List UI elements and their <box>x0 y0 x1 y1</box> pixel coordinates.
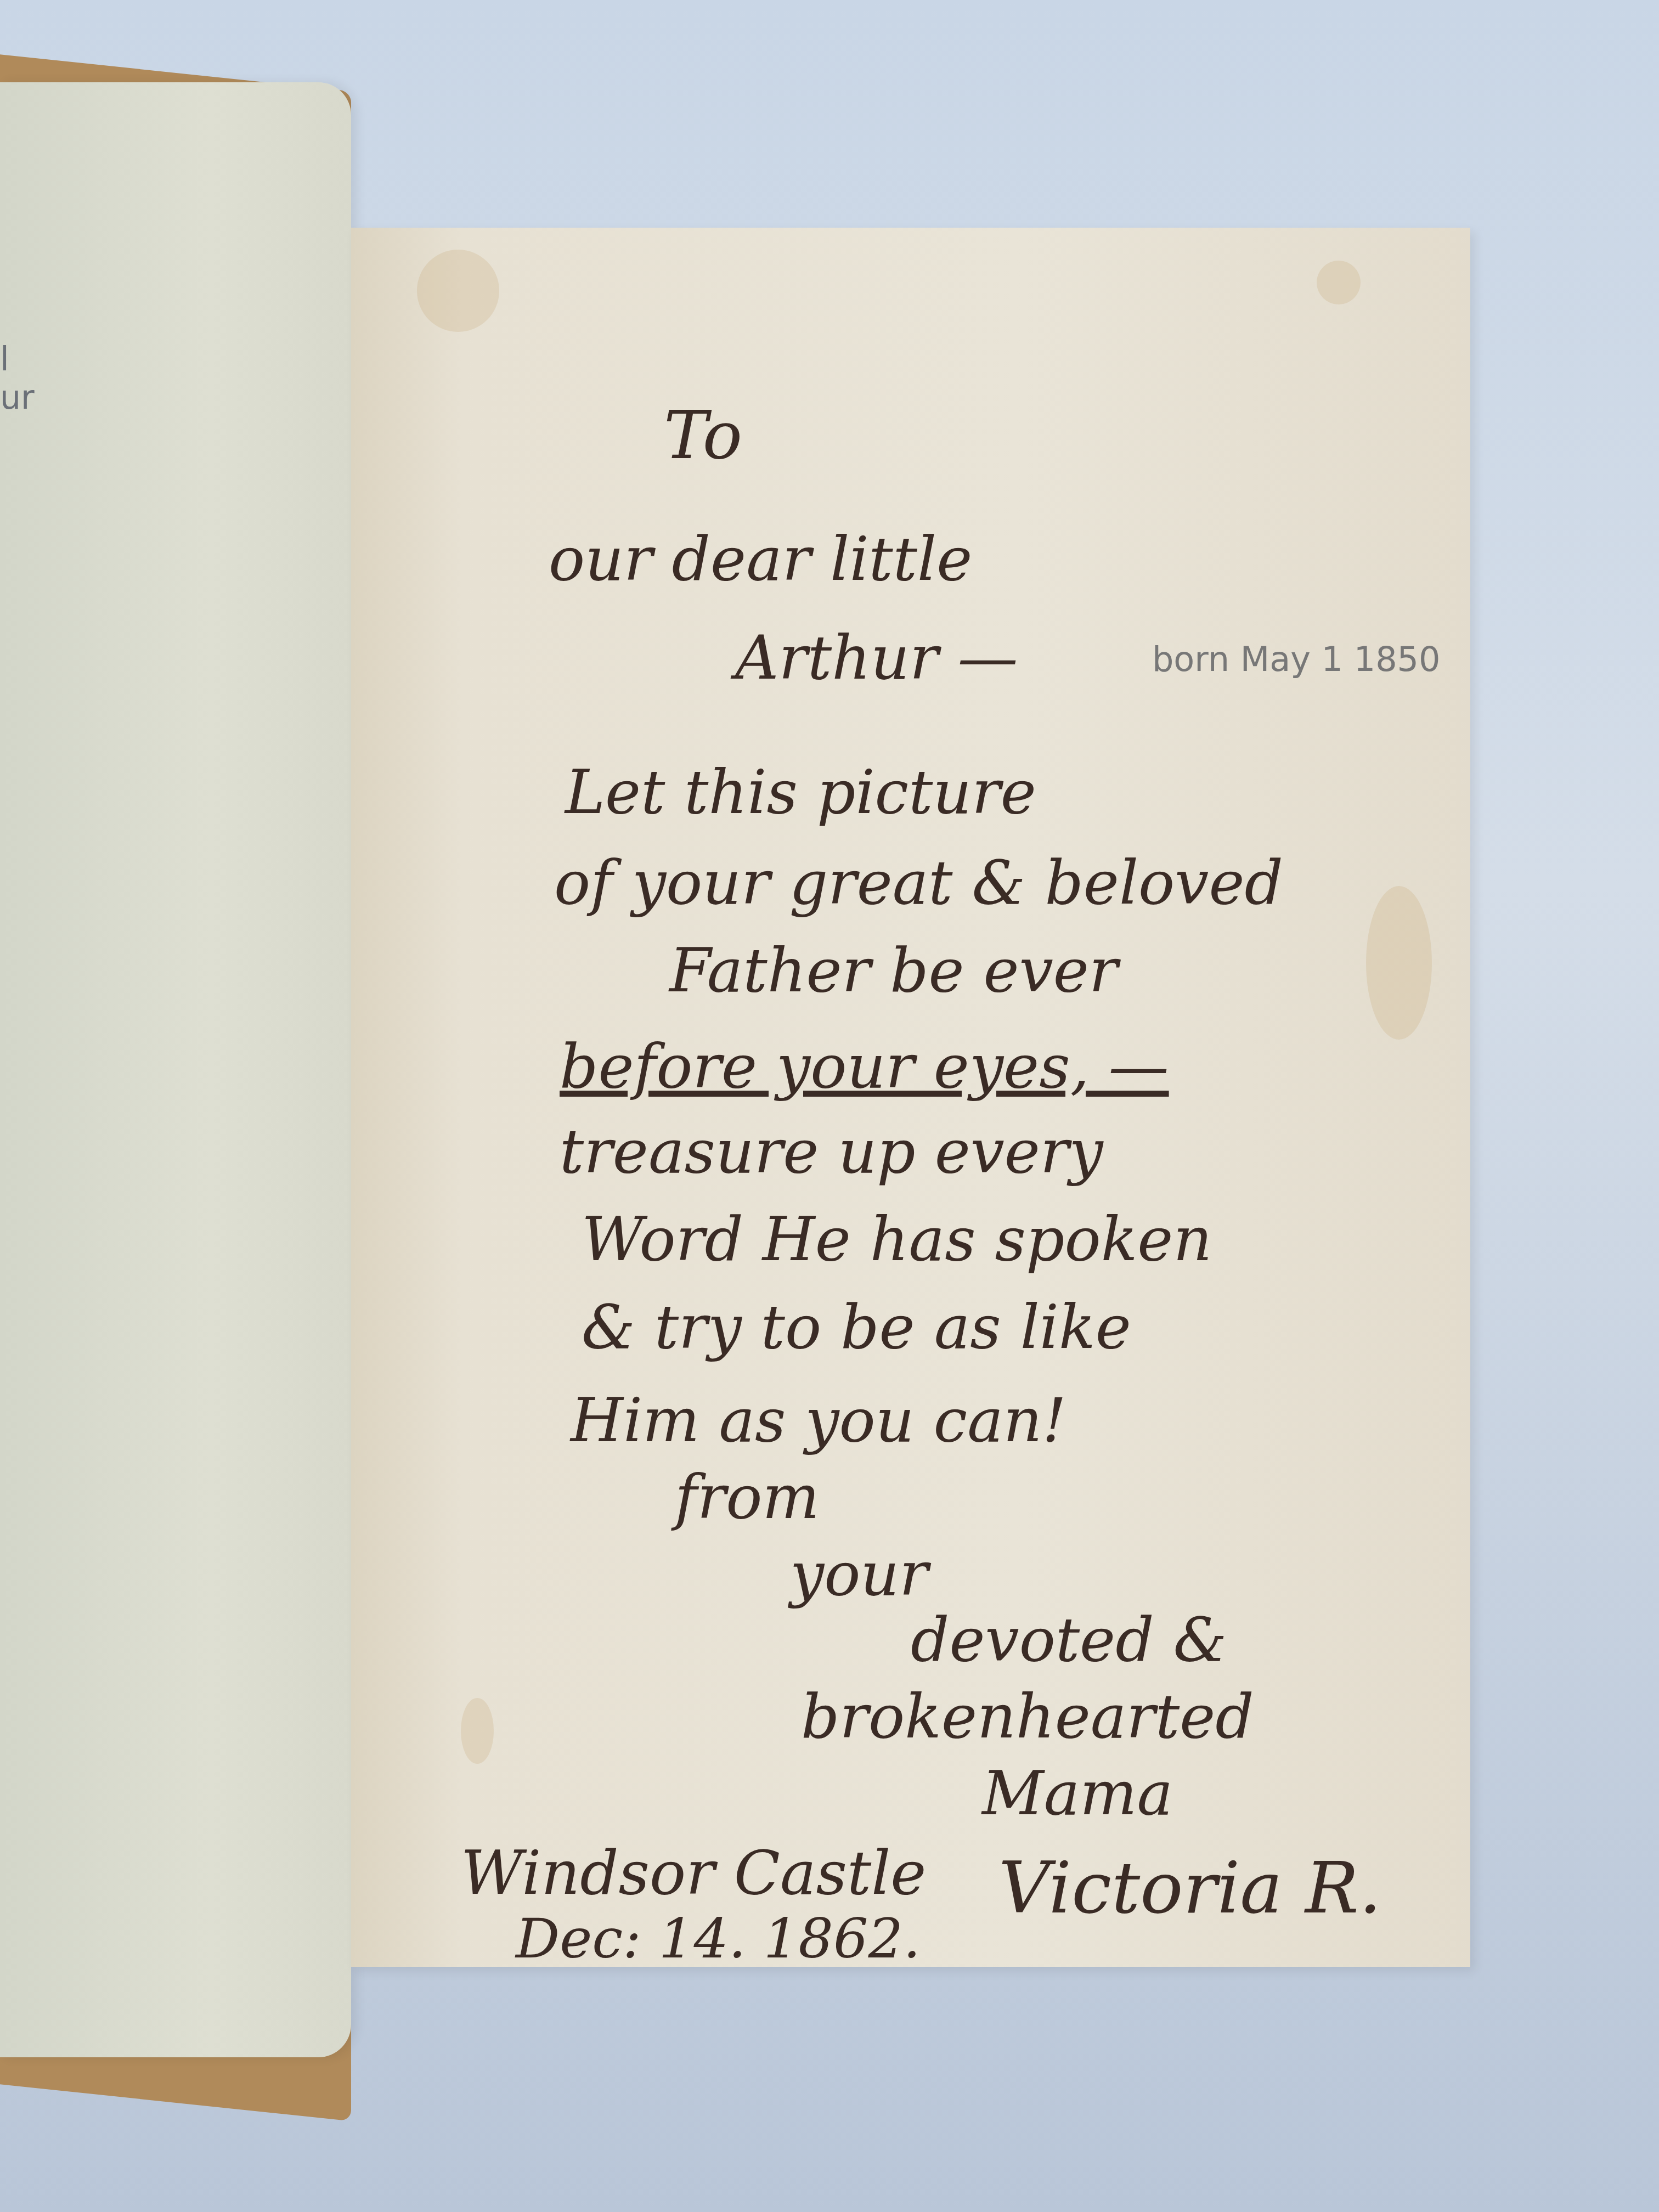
pencil-fragment-line: l <box>0 340 35 379</box>
foxing-stain <box>461 1698 494 1764</box>
inscription-line: of your great & beloved <box>554 848 1283 918</box>
inscription-line: Let this picture <box>565 757 1036 827</box>
inscribed-page: To our dear little Arthur — born May 1 1… <box>351 228 1470 1967</box>
inscription-line: Father be ever <box>669 935 1118 1006</box>
inscription-line: your <box>790 1539 928 1609</box>
inscription-line: our dear little <box>549 524 972 594</box>
pencil-fragment: l ur <box>0 340 35 417</box>
inscription-line: devoted & <box>911 1605 1227 1675</box>
inscription-date: Dec: 14. 1862. <box>516 1906 921 1971</box>
pencil-birth-note: born May 1 1850 <box>1152 639 1441 679</box>
inscription-signature: Victoria R. <box>998 1846 1381 1929</box>
inscription-line: before your eyes, — <box>560 1031 1169 1102</box>
inscription-line: from <box>675 1462 820 1532</box>
foxing-stain <box>1317 261 1361 304</box>
inscription-line: Mama <box>982 1758 1173 1829</box>
inscription-line: Arthur — <box>735 623 1018 693</box>
inscription-line: Word He has spoken <box>582 1204 1212 1274</box>
left-endpaper: l ur <box>0 82 351 2057</box>
inscription-line: treasure up every <box>560 1116 1103 1187</box>
inscription-line: To <box>664 398 742 474</box>
inscription-line: & try to be as like <box>582 1292 1131 1362</box>
foxing-stain <box>1366 886 1432 1040</box>
pencil-fragment-line: ur <box>0 379 35 417</box>
foxing-stain <box>417 250 499 332</box>
inscription-line: brokenhearted <box>801 1681 1254 1752</box>
inscription-line: Him as you can! <box>571 1385 1066 1455</box>
inscription-place: Windsor Castle <box>461 1838 926 1908</box>
